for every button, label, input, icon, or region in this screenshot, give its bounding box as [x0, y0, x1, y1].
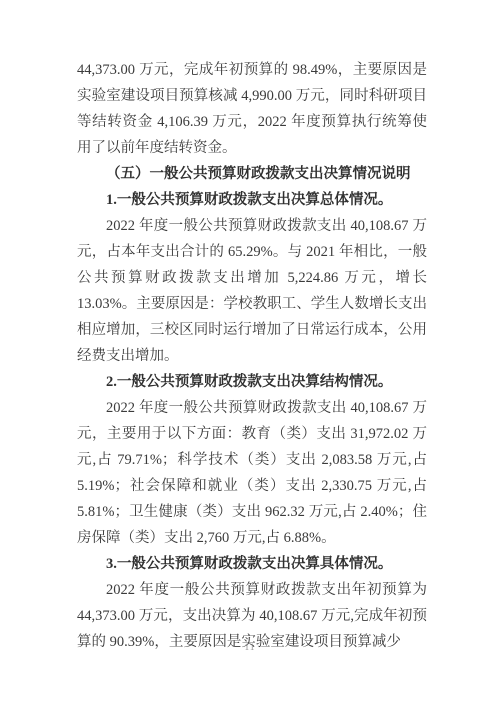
- heading-item-3-specific: 3.一般公共预算财政拨款支出决算具体情况。: [77, 551, 427, 577]
- document-page: 44,373.00 万元，完成年初预算的 98.49%，主要原因是实验室建设项目…: [0, 0, 500, 707]
- paragraph-overall-situation: 2022 年度一般公共预算财政拨款支出 40,108.67 万元，占本年支出合计…: [77, 213, 427, 369]
- document-body: 44,373.00 万元，完成年初预算的 98.49%，主要原因是实验室建设项目…: [77, 57, 427, 655]
- paragraph-structure-breakdown: 2022 年度一般公共预算财政拨款支出 40,108.67 万元，主要用于以下方…: [77, 395, 427, 551]
- heading-item-2-structure: 2.一般公共预算财政拨款支出决算结构情况。: [77, 369, 427, 395]
- heading-section-5: （五）一般公共预算财政拨款支出决算情况说明: [77, 161, 427, 187]
- paragraph-budget-carryover-continuation: 44,373.00 万元，完成年初预算的 98.49%，主要原因是实验室建设项目…: [77, 57, 427, 161]
- page-number: 11: [0, 641, 500, 653]
- heading-item-1-overall: 1.一般公共预算财政拨款支出决算总体情况。: [77, 187, 427, 213]
